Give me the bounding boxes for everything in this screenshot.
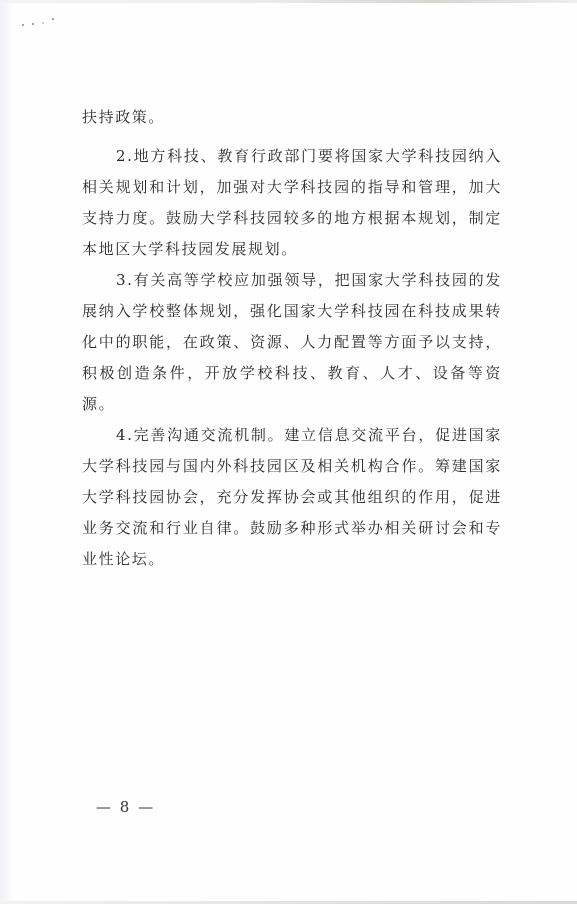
page-number: — 8 — [96, 798, 155, 816]
scanned-document-page: 扶持政策。 2.地方科技、教育行政部门要将国家大学科技园纳入相关规划和计划，加强… [0, 0, 577, 904]
paragraph-item-3: 3.有关高等学校应加强领导，把国家大学科技园的发展纳入学校整体规划，强化国家大学… [82, 265, 502, 420]
scan-top-edge [0, 0, 577, 3]
document-body: 扶持政策。 2.地方科技、教育行政部门要将国家大学科技园纳入相关规划和计划，加强… [82, 102, 502, 575]
scan-specks [20, 18, 60, 30]
speck [32, 23, 34, 25]
scan-left-shadow [0, 0, 14, 904]
speck [22, 24, 24, 26]
paragraph-continuation: 扶持政策。 [82, 102, 502, 133]
paragraph-item-4: 4.完善沟通交流机制。建立信息交流平台，促进国家大学科技园与国内外科技园区及相关… [82, 420, 502, 575]
speck [42, 22, 44, 24]
paragraph-item-2: 2.地方科技、教育行政部门要将国家大学科技园纳入相关规划和计划，加强对大学科技园… [82, 141, 502, 265]
speck [52, 18, 54, 20]
